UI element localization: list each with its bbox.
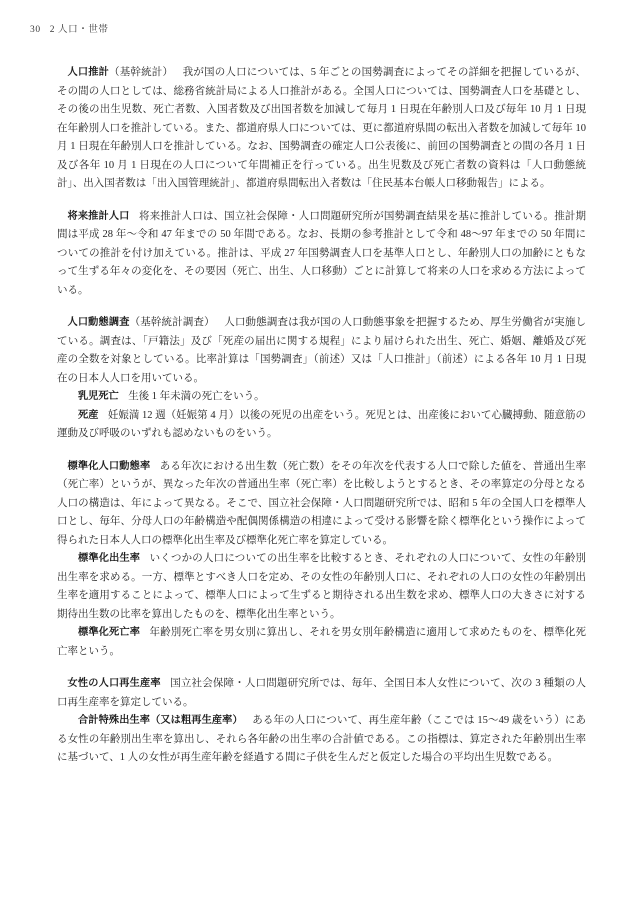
section-title: 2 人口・世帯	[50, 25, 109, 35]
term-label: 標準化死亡率	[78, 627, 140, 638]
entry-vital-statistics-survey: 人口動態調査（基幹統計調査）人口動態調査は我が国の人口動態事象を把握するため、厚…	[57, 314, 586, 388]
term-definition: 妊娠満 12 週（妊娠第 4 月）以後の死児の出産をいう。死児とは、出産後におい…	[57, 410, 586, 440]
term-definition: 将来推計人口は、国立社会保障・人口問題研究所が国勢調査結果を基に推計している。推…	[57, 211, 586, 296]
term-label: 合計特殊出生率（又は粗再生産率）	[78, 715, 243, 726]
term-definition: 我が国の人口については、5 年ごとの国勢調査によってその詳細を把握しているが、そ…	[57, 67, 586, 189]
entry-standardized-birth-rate: 標準化出生率いくつかの人口についての出生率を比較するとき、それぞれの人口について…	[57, 550, 586, 624]
term-definition: ある年次における出生数（死亡数）をその年次を代表する人口で除した値を、普通出生率…	[57, 461, 586, 546]
document-page: 302 人口・世帯 人口推計（基幹統計）我が国の人口については、5 年ごとの国勢…	[0, 0, 637, 900]
entry-standardized-vital-rates: 標準化人口動態率ある年次における出生数（死亡数）をその年次を代表する人口で除した…	[57, 458, 586, 551]
entry-population-estimates: 人口推計（基幹統計）我が国の人口については、5 年ごとの国勢調査によってその詳細…	[57, 64, 586, 194]
entry-female-reproduction-rates: 女性の人口再生産率国立社会保障・人口問題研究所では、毎年、全国日本人女性について…	[57, 675, 586, 712]
term-qualifier: （基幹統計）	[109, 67, 173, 78]
term-label: 死産	[78, 410, 98, 421]
term-label: 乳児死亡	[78, 391, 119, 402]
entry-infant-death: 乳児死亡生後 1 年未満の死亡をいう。	[57, 388, 586, 407]
term-qualifier: （基幹統計調査）	[130, 317, 215, 328]
term-label: 人口動態調査	[68, 317, 130, 328]
glossary-content: 人口推計（基幹統計）我が国の人口については、5 年ごとの国勢調査によってその詳細…	[57, 64, 586, 768]
running-header: 302 人口・世帯	[30, 21, 109, 35]
entry-total-fertility-rate: 合計特殊出生率（又は粗再生産率）ある年の人口について、再生産年齢（ここでは 15…	[57, 712, 586, 768]
entry-future-population-projection: 将来推計人口将来推計人口は、国立社会保障・人口問題研究所が国勢調査結果を基に推計…	[57, 208, 586, 301]
term-label: 人口推計	[68, 67, 110, 78]
page-number: 30	[30, 25, 41, 35]
term-definition: 生後 1 年未満の死亡をいう。	[128, 391, 265, 402]
term-label: 標準化人口動態率	[68, 461, 151, 472]
entry-standardized-death-rate: 標準化死亡率年齢別死亡率を男女別に算出し、それを男女別年齢構造に適用して求めたも…	[57, 624, 586, 661]
term-label: 女性の人口再生産率	[68, 678, 161, 689]
entry-stillbirth: 死産妊娠満 12 週（妊娠第 4 月）以後の死児の出産をいう。死児とは、出産後に…	[57, 407, 586, 444]
term-label: 将来推計人口	[68, 211, 130, 222]
term-label: 標準化出生率	[78, 553, 140, 564]
